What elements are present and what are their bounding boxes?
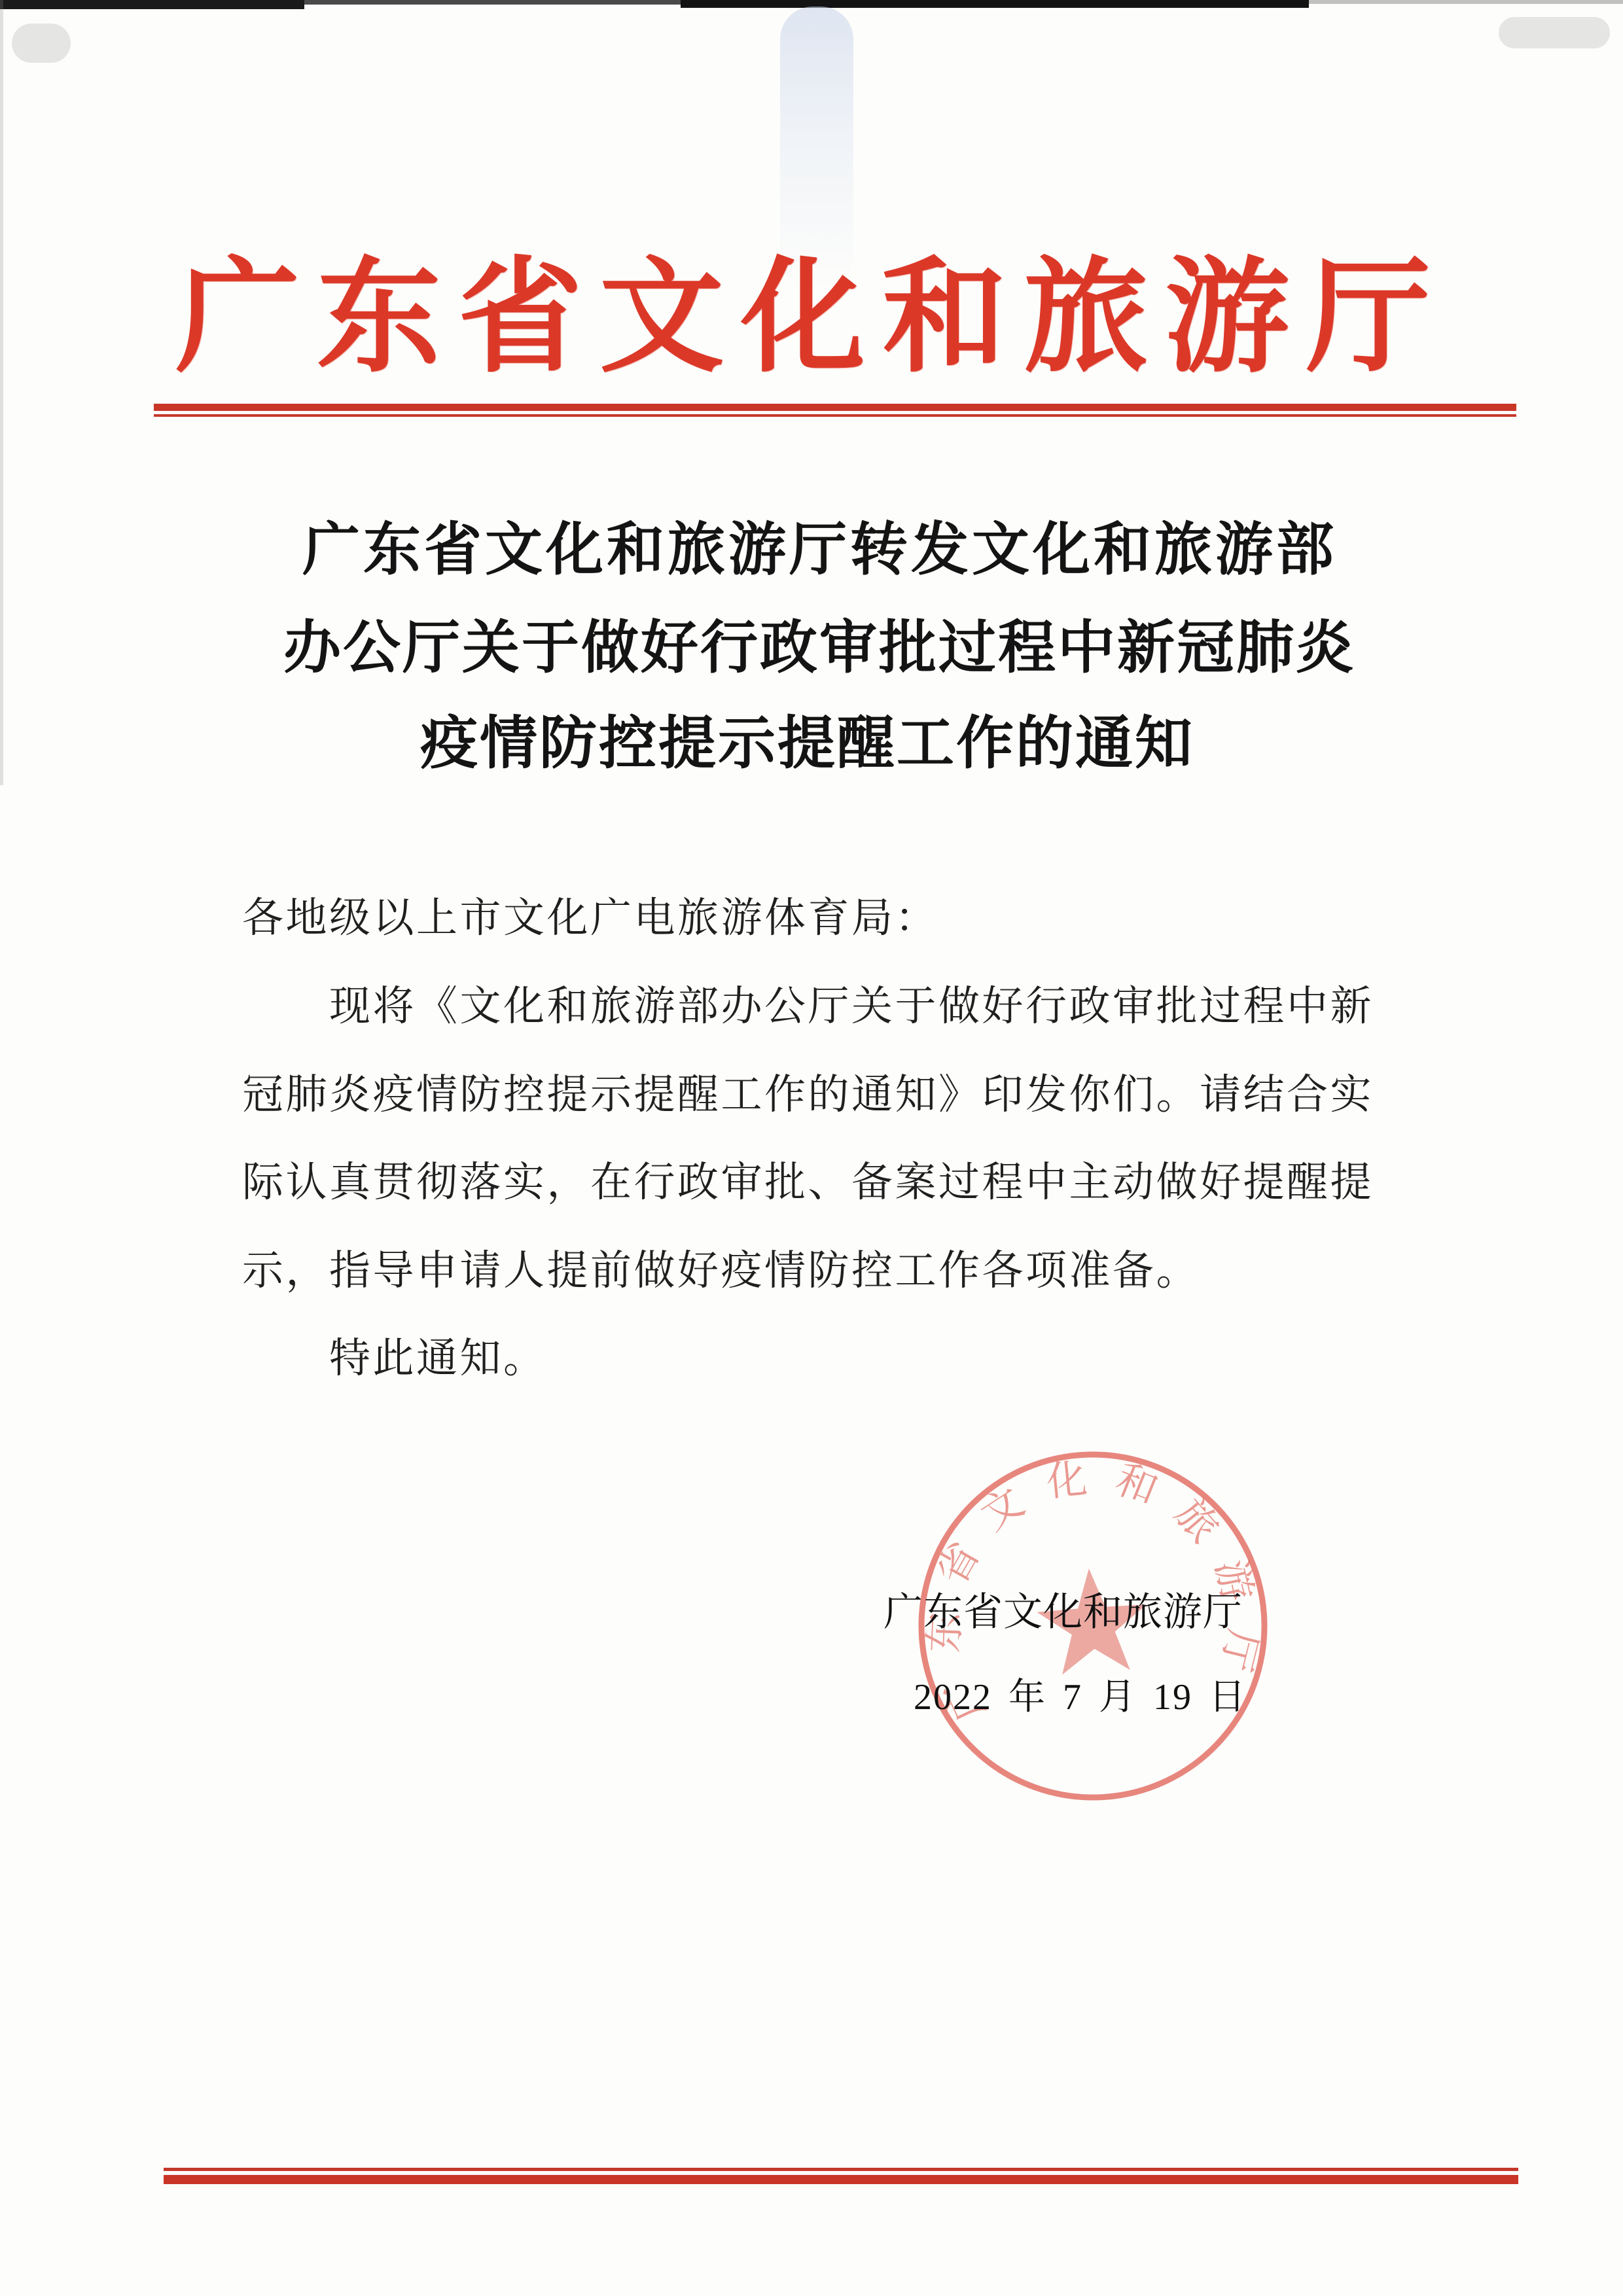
signature-agency-name: 广东省文化和旅游厅 [883, 1593, 1243, 1632]
body-line: 现将《文化和旅游部办公厅关于做好行政审批过程中新 [329, 986, 1374, 1027]
body-line: 冠肺炎疫情防控提示提醒工作的通知》印发你们。请结合实 [242, 1074, 1374, 1116]
scan-artifact-top-edge [1309, 0, 1623, 4]
letterhead-agency-name: 广东省文化和旅游厅 [175, 256, 1448, 381]
document-title-line-1: 广东省文化和旅游厅转发文化和旅游部 [302, 522, 1337, 580]
document-page: 广东省文化和旅游厅 广东省文化和旅游厅转发文化和旅游部 办公厅关于做好行政审批过… [0, 0, 1623, 2296]
scan-artifact-left-edge [0, 0, 3, 785]
header-rule-thick [154, 404, 1516, 411]
closing-line: 特此通知。 [329, 1338, 547, 1379]
header-rule-thin [154, 414, 1516, 417]
body-line: 际认真贯彻落实，在行政审批、备案过程中主动做好提醒提 [242, 1162, 1374, 1203]
salutation-line: 各地级以上市文化广电旅游体育局： [242, 898, 938, 939]
scan-artifact-smudge [1499, 17, 1610, 48]
signature-date: 2022 年 7 月 19 日 [914, 1679, 1247, 1716]
footer-rule-thin [164, 2168, 1518, 2171]
footer-rule-thick [164, 2175, 1518, 2184]
scan-artifact-top-edge [304, 0, 681, 5]
scan-artifact-smudge [12, 24, 71, 63]
scan-artifact-top-edge [681, 0, 1309, 8]
body-line: 示，指导申请人提前做好疫情防控工作各项准备。 [242, 1250, 1200, 1292]
scan-artifact-top-edge [0, 0, 304, 9]
scan-artifact-streak [780, 7, 853, 288]
document-title-line-2: 办公厅关于做好行政审批过程中新冠肺炎 [283, 620, 1355, 678]
document-title-line-3: 疫情防控提示提醒工作的通知 [420, 716, 1194, 773]
